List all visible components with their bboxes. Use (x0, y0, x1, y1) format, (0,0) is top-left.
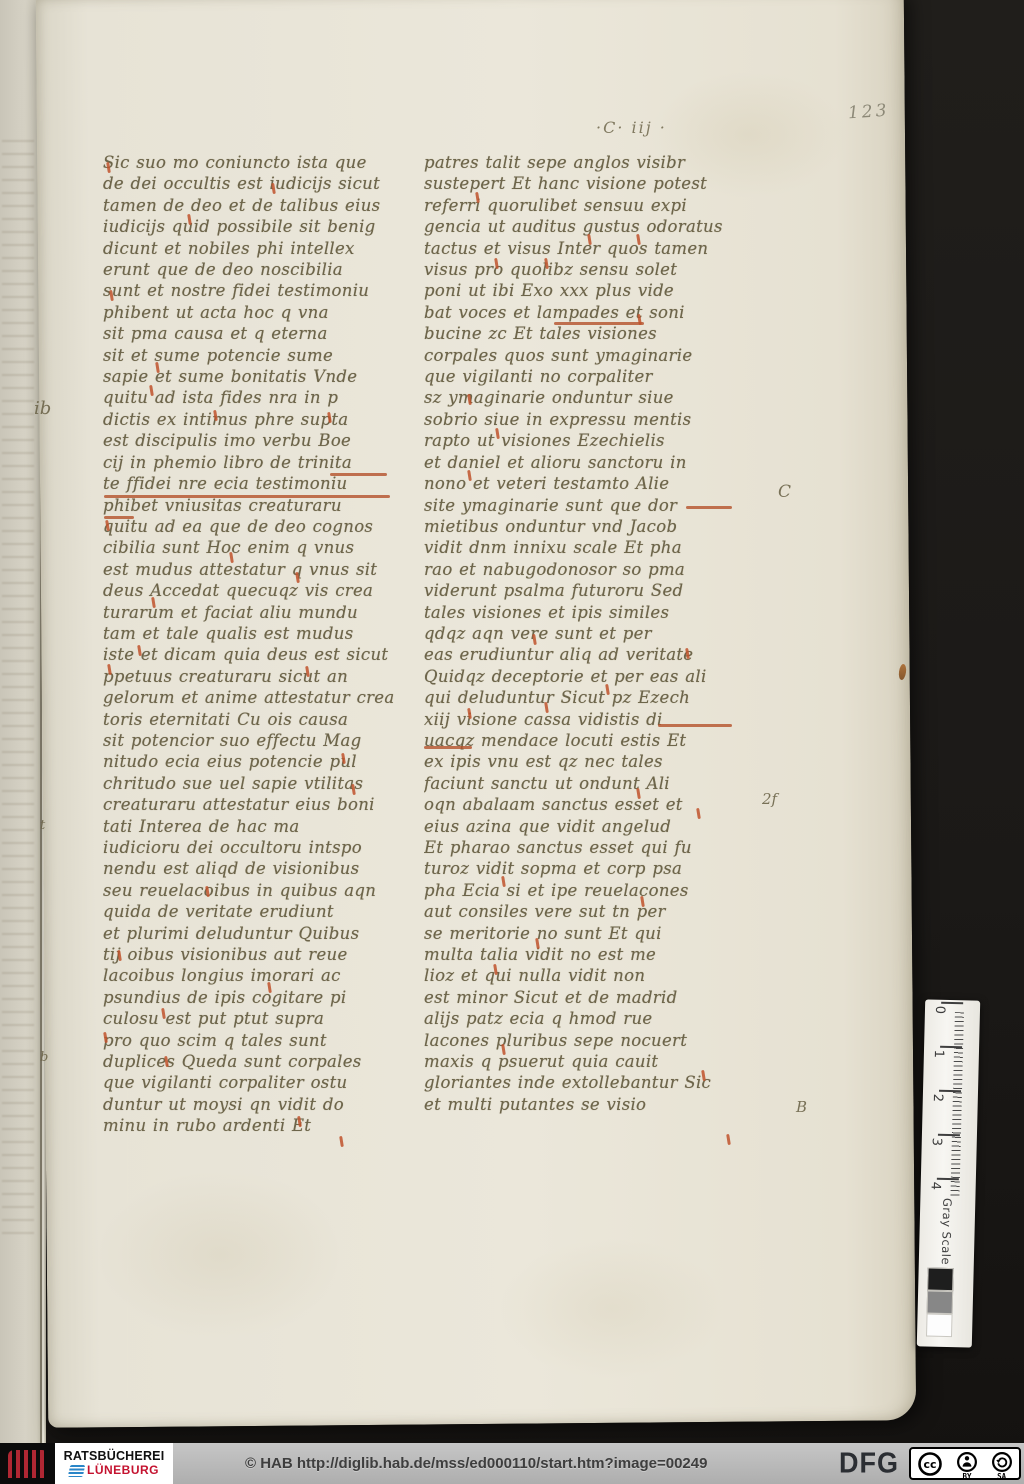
grayscale-patch (927, 1268, 954, 1292)
manuscript-line: cij in phemio libro de trinita (103, 452, 399, 473)
manuscript-line: duplices Queda sunt corpales (103, 1051, 399, 1072)
manuscript-line: dicunt et nobiles phi intellex (103, 238, 399, 259)
cc-icon: cc (917, 1451, 943, 1477)
manuscript-line: lacones pluribus sepe nocuert (424, 1030, 734, 1051)
cc-sa-icon: SA (991, 1451, 1013, 1481)
manuscript-line: vidit dnm innixu scale Et pha (424, 537, 734, 558)
manuscript-line: gencia ut auditus gustus odoratus (424, 216, 734, 237)
grayscale-patch (926, 1314, 953, 1338)
manuscript-line: est discipulis imo verbu Boe (103, 430, 399, 451)
manuscript-line: mietibus onduntur vnd Jacob (424, 516, 734, 537)
manuscript-line: poni ut ibi Exo xxx plus vide (424, 280, 734, 301)
manuscript-line: phibent ut acta hoc q vna (103, 302, 399, 323)
ruler-ticks (950, 1012, 964, 1198)
margin-mark: t (40, 818, 45, 833)
manuscript-line: referri quorulibet sensuu expi (424, 195, 734, 216)
copyright-text: © HAB http://diglib.hab.de/mss/ed000110/… (245, 1455, 707, 1472)
margin-mark: b (40, 1050, 48, 1065)
ruler-number: 0 (931, 1006, 947, 1022)
manuscript-line: visus pro quolibz sensu solet (424, 259, 734, 280)
quire-mark: ·C· iij · (596, 118, 667, 137)
manuscript-line: iste et dicam quia deus est sicut (103, 644, 399, 665)
manuscript-line: tij oibus visionibus aut reue (103, 944, 399, 965)
manuscript-line: qui deluduntur Sicut pz Ezech (424, 687, 734, 708)
library-logo (0, 1443, 55, 1484)
manuscript-line: tati Interea de hac ma (103, 816, 399, 837)
manuscript-line: viderunt psalma futuroru Sed (424, 580, 734, 601)
manuscript-line: que vigilanti corpaliter ostu (103, 1072, 399, 1093)
manuscript-line: qdqz aqn vere sunt et per (424, 623, 734, 644)
manuscript-line: est minor Sicut et de madrid (424, 987, 734, 1008)
manuscript-line: duntur ut moysi qn vidit do (103, 1094, 399, 1115)
manuscript-line: que vigilanti no corpaliter (424, 366, 734, 387)
manuscript-line: alijs patz ecia q hmod rue (424, 1008, 734, 1029)
manuscript-line: Sic suo mo coniuncto ista que (103, 152, 399, 173)
attribution-bar: RATSBÜCHEREI LÜNEBURG © HAB http://digli… (0, 1443, 1024, 1484)
grayscale-patches (926, 1268, 954, 1338)
manuscript-line: se meritorie no sunt Et qui (424, 923, 734, 944)
manuscript-line: ppetuus creaturaru sicut an (103, 666, 399, 687)
cc-sa-label: SA (997, 1473, 1006, 1481)
manuscript-line: dictis ex intimus phre supta (103, 409, 399, 430)
footer-strip: © HAB http://diglib.hab.de/mss/ed000110/… (173, 1443, 1024, 1484)
manuscript-line: creaturaru attestatur eius boni (103, 794, 399, 815)
manuscript-line: rapto ut visiones Ezechielis (424, 430, 734, 451)
manuscript-line: nitudo ecia eius potencie pul (103, 751, 399, 772)
margin-mark: C (778, 482, 791, 502)
folio-number: 123 (847, 101, 890, 124)
manuscript-line: erunt que de deo noscibilia (103, 259, 399, 280)
ruler-number: 1 (930, 1050, 946, 1066)
ruler-number: 4 (926, 1181, 942, 1197)
manuscript-line: sobrio siue in expressu mentis (424, 409, 734, 430)
manuscript-line: faciunt sanctu ut ondunt Ali (424, 773, 734, 794)
manuscript-line: gloriantes inde extollebantur Sic (424, 1072, 734, 1093)
manuscript-line: tamen de deo et de talibus eius (103, 195, 399, 216)
manuscript-line: culosu est put ptut supra (103, 1008, 399, 1029)
manuscript-line: tales visiones et ipis similes (424, 602, 734, 623)
cc-by-label: BY (962, 1473, 971, 1481)
manuscript-line: tam et tale qualis est mudus (103, 623, 399, 644)
manuscript-line: et daniel et alioru sanctoru in (424, 452, 734, 473)
manuscript-line: quitu ad ista fides nra in p (103, 387, 399, 408)
library-name-line2: LÜNEBURG (87, 1464, 159, 1477)
manuscript-line: aut consiles vere sut tn per (424, 901, 734, 922)
library-name-block: RATSBÜCHEREI LÜNEBURG (55, 1443, 173, 1484)
manuscript-line: sapie et sume bonitatis Vnde (103, 366, 399, 387)
manuscript-line: deus Accedat quecuqz vis crea (103, 580, 399, 601)
margin-mark: ib (34, 398, 51, 419)
manuscript-line: eius azina que vidit angelud (424, 816, 734, 837)
rubric-underline (104, 495, 390, 498)
manuscript-line: multa talia vidit no est me (424, 944, 734, 965)
manuscript-line: corpales quos sunt ymaginarie (424, 345, 734, 366)
manuscript-line: cibilia sunt Hoc enim q vnus (103, 537, 399, 558)
library-logo-icon (8, 1450, 48, 1478)
waves-icon (68, 1465, 86, 1477)
cc-license-badge: cc BY SA (909, 1447, 1021, 1480)
text-column-left: Sic suo mo coniuncto ista quede dei occu… (103, 152, 399, 1137)
manuscript-line: lacoibus longius imorari ac (103, 965, 399, 986)
manuscript-line: oqn abalaam sanctus esset et (424, 794, 734, 815)
manuscript-line: phibet vniusitas creaturaru (103, 495, 399, 516)
manuscript-line: et plurimi deluduntur Quibus (103, 923, 399, 944)
grayscale-ruler: 01234 Gray Scale (917, 999, 980, 1347)
manuscript-line: minu in rubo ardenti Et (103, 1115, 399, 1136)
manuscript-line: Quidqz deceptorie et per eas ali (424, 666, 734, 687)
margin-mark: 2f (762, 790, 777, 808)
grayscale-label: Gray Scale (939, 1198, 955, 1268)
manuscript-line: pro quo scim q tales sunt (103, 1030, 399, 1051)
manuscript-line: te ffidei nre ecia testimoniu (103, 473, 399, 494)
text-column-right: patres talit sepe anglos visibrsustepert… (424, 152, 734, 1115)
manuscript-line: quitu ad ea que de deo cognos (103, 516, 399, 537)
manuscript-line: psundius de ipis cogitare pi (103, 987, 399, 1008)
manuscript-line: seu reuelacoibus in quibus aqn (103, 880, 399, 901)
manuscript-line: et multi putantes se visio (424, 1094, 734, 1115)
manuscript-line: sit pma causa et q eterna (103, 323, 399, 344)
manuscript-line: sunt et nostre fidei testimoniu (103, 280, 399, 301)
margin-mark: B (796, 1098, 807, 1116)
rubric-underline (686, 506, 732, 509)
manuscript-line: turarum et faciat aliu mundu (103, 602, 399, 623)
rubric-underline (554, 322, 644, 325)
manuscript-line: de dei occultis est iudicijs sicut (103, 173, 399, 194)
rubric-underline (104, 516, 134, 519)
ruler-number: 2 (929, 1093, 945, 1109)
manuscript-line: ex ipis vnu est qz nec tales (424, 751, 734, 772)
manuscript-line: bat voces et lampades et soni (424, 302, 734, 323)
grayscale-patch (927, 1291, 954, 1315)
library-name-line1: RATSBÜCHEREI (64, 1450, 165, 1463)
manuscript-line: gelorum et anime attestatur crea (103, 687, 399, 708)
manuscript-line: quida de veritate erudiunt (103, 901, 399, 922)
rubric-underline (424, 746, 472, 749)
manuscript-line: Et pharao sanctus esset qui fu (424, 837, 734, 858)
dfg-logo: DFG (839, 1447, 899, 1480)
manuscript-line: sustepert Et hanc visione potest (424, 173, 734, 194)
manuscript-line: sit et sume potencie sume (103, 345, 399, 366)
manuscript-line: lioz et qui nulla vidit non (424, 965, 734, 986)
manuscript-line: iudicijs quid possibile sit benig (103, 216, 399, 237)
ruler-number: 3 (927, 1137, 943, 1153)
manuscript-line: est mudus attestatur q vnus sit (103, 559, 399, 580)
manuscript-line: sit potencior suo effectu Mag (103, 730, 399, 751)
manuscript-line: iudicioru dei occultoru intspo (103, 837, 399, 858)
manuscript-line: maxis q psuerut quia cauit (424, 1051, 734, 1072)
rubric-underline (330, 473, 387, 476)
manuscript-line: tactus et visus Inter quos tamen (424, 238, 734, 259)
manuscript-line: rao et nabugodonosor so pma (424, 559, 734, 580)
manuscript-line: turoz vidit sopma et corp psa (424, 858, 734, 879)
manuscript-line: pha Ecia si et ipe reuelacones (424, 880, 734, 901)
scan-viewport: ·C· iij · 123 Sic suo mo coniuncto ista … (0, 0, 1024, 1484)
manuscript-line: toris eternitati Cu ois causa (103, 709, 399, 730)
manuscript-line: nendu est aliqd de visionibus (103, 858, 399, 879)
svg-text:cc: cc (924, 1458, 937, 1471)
manuscript-line: bucine zc Et tales visiones (424, 323, 734, 344)
cc-by-icon: BY (956, 1451, 978, 1481)
rubric-underline (658, 724, 732, 727)
manuscript-line: patres talit sepe anglos visibr (424, 152, 734, 173)
